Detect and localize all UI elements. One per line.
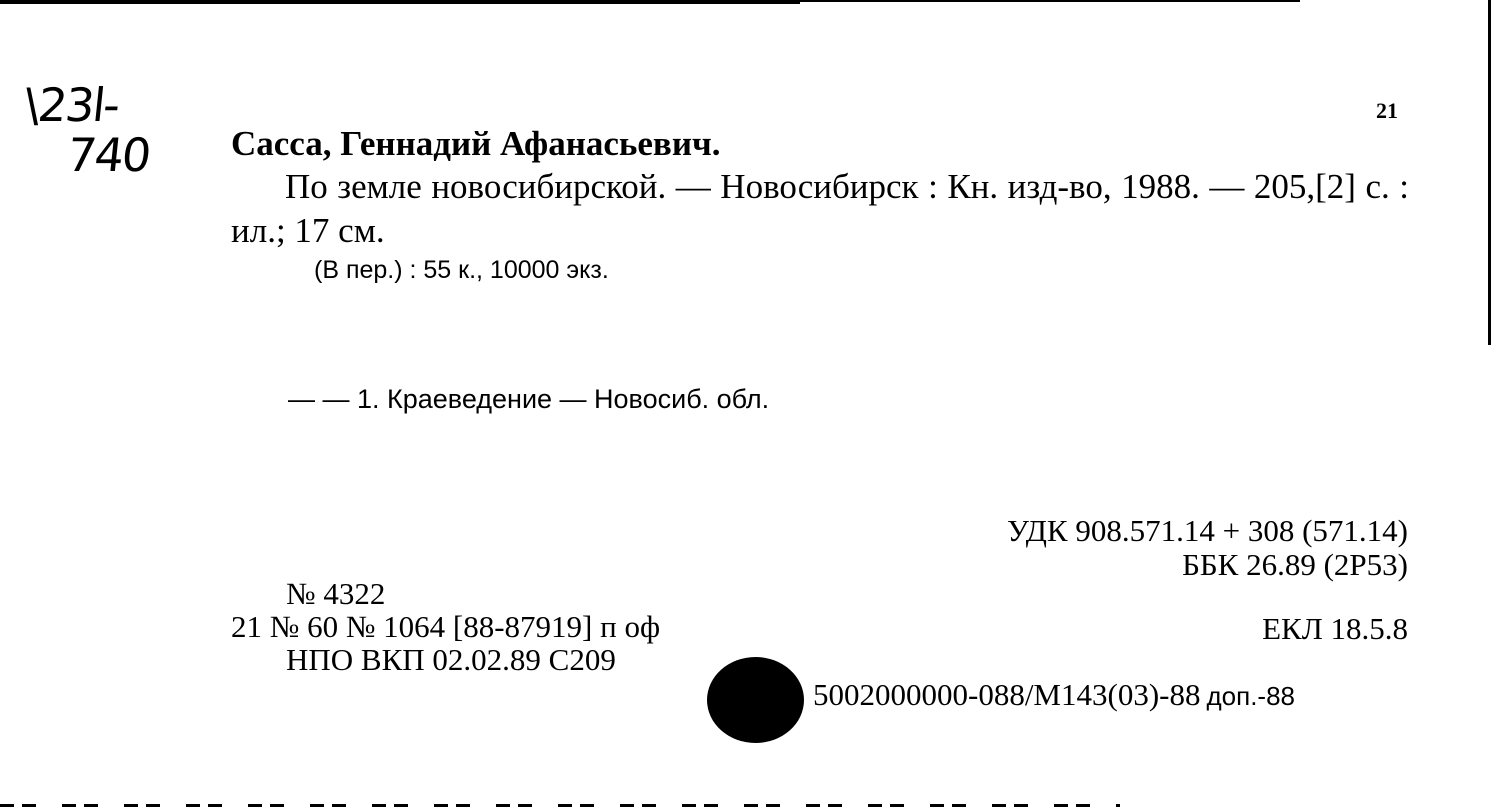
catalog-code: 5002000000-088/М143(03)-88	[813, 677, 1200, 712]
author-heading: Сасса, Геннадий Афанасьевич.	[231, 124, 721, 164]
ekl-classification: ЕКЛ 18.5.8	[1262, 611, 1408, 647]
order-info: № 4322 21 № 60 № 1064 [88-87919] п оф НП…	[231, 577, 660, 676]
title-statement: По земле новосибирской. — Новосибирск : …	[231, 165, 1409, 253]
bbk-classification: ББК 26.89 (2Р53)	[1182, 547, 1408, 583]
publisher-date: НПО ВКП 02.02.89 С209	[231, 643, 660, 676]
handwritten-shelf-code: \23l- 740	[17, 80, 157, 180]
catalog-code-suffix: доп.-88	[1206, 681, 1295, 711]
handwritten-code-line2: 740	[17, 130, 152, 180]
punch-hole-dot	[707, 657, 804, 743]
card-top-edge	[0, 0, 800, 4]
card-top-edge-right	[800, 0, 1300, 2]
print-run-info: 21 № 60 № 1064 [88-87919] п оф	[231, 610, 660, 643]
handwritten-code-line1: \23l-	[22, 80, 157, 130]
binding-price-run: (В пер.) : 55 к., 10000 экз.	[314, 256, 609, 285]
card-right-edge	[1488, 0, 1491, 345]
order-number: № 4322	[231, 577, 660, 610]
catalog-code-line: 5002000000-088/М143(03)-88доп.-88	[813, 677, 1295, 713]
card-bottom-edge	[0, 804, 1120, 807]
subject-heading: — — 1. Краеведение — Новосиб. обл.	[288, 384, 769, 415]
udk-classification: УДК 908.571.14 + 308 (571.14)	[1007, 513, 1408, 549]
corner-mark: 21	[1376, 98, 1398, 124]
